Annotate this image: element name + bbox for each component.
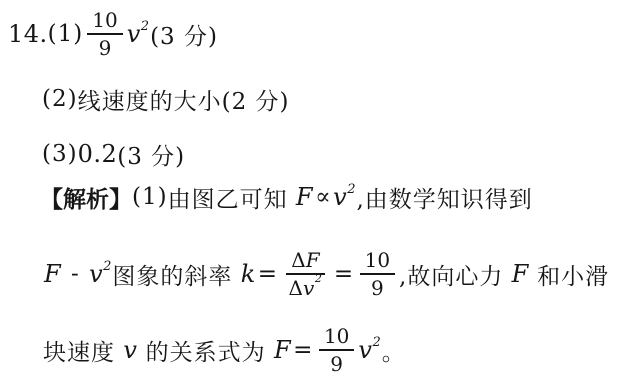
fraction-numerator: 10 [319, 326, 354, 351]
answer-1-label: (1) [48, 21, 84, 47]
variable-F: F [274, 336, 291, 364]
question-number: 14. [8, 20, 48, 48]
fraction-deltaF-deltaV2: ΔF Δv2 [284, 250, 328, 298]
answer-line-2: (2) 线速度的大小 (2 分) [42, 84, 289, 114]
superscript-2: 2 [347, 182, 355, 197]
analysis-3-text: 的关系式为 [137, 334, 274, 367]
fraction-10-9: 10 9 [360, 250, 395, 298]
variable-v: v [123, 336, 137, 364]
answer-line-3: (3) 0.2 (3 分) [42, 139, 185, 169]
variable-F: F [306, 250, 320, 270]
analysis-1-tail: ,由数学知识得到 [356, 181, 532, 214]
answer-3-label: (3) [42, 141, 78, 167]
fraction-10-9: 10 9 [87, 10, 122, 58]
proportional-symbol: ∝ [315, 184, 331, 210]
superscript-2: 2 [141, 19, 149, 34]
variable-v: v [358, 336, 372, 364]
analysis-3-text: 块速度 [43, 334, 123, 367]
superscript-2: 2 [103, 259, 111, 274]
superscript-2: 2 [372, 335, 380, 350]
variable-v: v [303, 278, 315, 298]
delta-symbol: Δ [289, 278, 303, 298]
dash: - [63, 261, 87, 287]
variable-v: v [89, 260, 103, 288]
answer-line-1: 14. (1) 10 9 v 2 (3 分) [8, 10, 218, 58]
superscript-2: 2 [315, 273, 322, 284]
variable-F: F [44, 260, 61, 288]
fraction-denominator: 9 [94, 35, 117, 58]
fraction-denominator: 9 [366, 275, 389, 298]
analysis-header: 【解析】 [40, 181, 132, 214]
fraction-numerator: 10 [87, 10, 122, 35]
variable-v: v [127, 20, 141, 48]
delta-symbol: Δ [291, 250, 305, 270]
answer-2-text: 线速度的大小 [78, 83, 222, 116]
variable-F: F [296, 183, 313, 211]
answer-2-label: (2) [42, 86, 78, 112]
answer-2-score: (2 分) [222, 83, 290, 116]
equals-sign: = [293, 337, 313, 363]
fraction-numerator: 10 [360, 250, 395, 275]
analysis-line-2: F - v 2 图象的斜率 k = ΔF Δv2 = 10 9 ,故向心力 F … [44, 243, 609, 305]
fraction-10-9: 10 9 [319, 326, 354, 374]
analysis-line-3: 块速度 v 的关系式为 F = 10 9 v 2 。 [43, 320, 406, 380]
fraction-denominator: Δv2 [284, 275, 328, 298]
equals-sign: = [258, 261, 278, 287]
variable-v: v [333, 183, 347, 211]
analysis-2-tail: 和小滑 [529, 258, 609, 291]
answer-3-score: (3 分) [117, 138, 185, 171]
answer-3-value: 0.2 [78, 140, 118, 168]
analysis-2-text: ,故向心力 [399, 258, 512, 291]
variable-k: k [241, 260, 256, 288]
analysis-1-label: (1) [132, 184, 168, 210]
variable-F: F [512, 260, 529, 288]
equals-sign: = [334, 261, 354, 287]
fraction-denominator: 9 [325, 351, 348, 374]
analysis-line-1: 【解析】 (1) 由图乙可知 F ∝ v 2 ,由数学知识得到 [40, 181, 533, 213]
analysis-2-text: 图象的斜率 [112, 258, 240, 291]
analysis-1-text: 由图乙可知 [168, 181, 296, 214]
answer-1-score: (3 分) [150, 18, 218, 51]
period: 。 [382, 334, 406, 367]
